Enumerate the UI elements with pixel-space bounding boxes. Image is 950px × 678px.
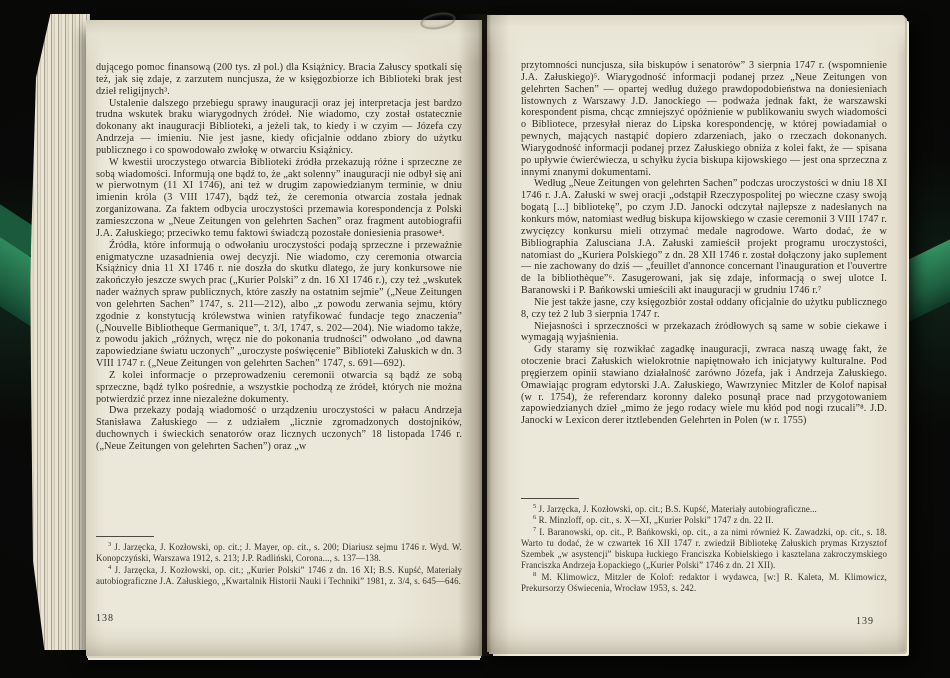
right-page-body-text: przytomności nuncjusza, siła biskupów i … [521, 60, 887, 492]
footnote-rule [521, 498, 579, 499]
paragraph: Źródła, które informują o odwołaniu uroc… [96, 240, 462, 370]
page-number-right: 139 [856, 616, 874, 627]
footnote: 4 J. Jarzęcka, J. Kozłowski, op. cit.; „… [96, 565, 462, 588]
footnote: 5 J. Jarzęcka, J. Kozłowski, op. cit.; B… [521, 504, 887, 515]
footnote-rule [96, 536, 154, 537]
paragraph: W kwestii uroczystego otwarcia Bibliotek… [96, 157, 462, 240]
paragraph: przytomności nuncjusza, siła biskupów i … [521, 60, 887, 178]
footnote-marker: 3 [108, 541, 111, 548]
left-page-body-text: dującego pomoc finansową (200 tys. zł po… [96, 62, 462, 530]
paragraph: Z kolei informacje o przeprowadzeniu cer… [96, 370, 462, 406]
footnote-marker: 4 [108, 564, 111, 571]
paragraph: Gdy staramy się rozwikłać zagadkę inaugu… [521, 344, 887, 427]
footnote-marker: 8 [533, 571, 536, 578]
paragraph: Niejasności i sprzeczności w przekazach … [521, 321, 887, 345]
left-page-footnotes: 3 J. Jarzęcka, J. Kozłowski, op. cit.; J… [96, 536, 462, 606]
paragraph: dującego pomoc finansową (200 tys. zł po… [96, 62, 462, 98]
left-footnote-list: 3 J. Jarzęcka, J. Kozłowski, op. cit.; J… [96, 542, 462, 587]
right-footnote-list: 5 J. Jarzęcka, J. Kozłowski, op. cit.; B… [521, 504, 887, 594]
page-stack-edges [30, 14, 90, 650]
paragraph: Nie jest także jasne, czy księgozbiór zo… [521, 297, 887, 321]
footnote: 8 M. Klimowicz, Mitzler de Kolof: redakt… [521, 572, 887, 595]
footnote: 3 J. Jarzęcka, J. Kozłowski, op. cit.; J… [96, 542, 462, 565]
page-number-left: 138 [96, 613, 114, 624]
footnote: 6 R. Minzloff, op. cit., s. X—XI, „Kurie… [521, 515, 887, 526]
footnote: 7 I. Baranowski, op. cit., P. Bańkowski,… [521, 527, 887, 572]
paragraph: Dwa przekazy podają wiadomość o urządzen… [96, 405, 462, 452]
footnote-marker: 6 [533, 514, 536, 521]
paragraph: Według „Neue Zeitungen von gelehrten Sac… [521, 178, 887, 296]
footnote-marker: 5 [533, 503, 536, 510]
footnote-marker: 7 [533, 526, 536, 533]
paragraph: Ustalenie dalszego przebiegu sprawy inau… [96, 98, 462, 157]
right-page-footnotes: 5 J. Jarzęcka, J. Kozłowski, op. cit.; B… [521, 498, 887, 614]
